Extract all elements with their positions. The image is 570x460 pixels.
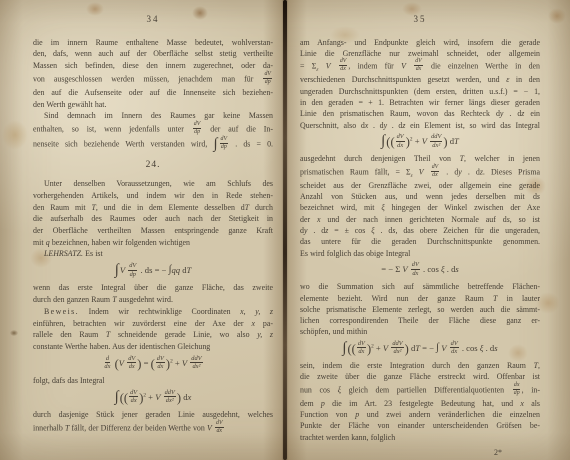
big-paren: (( — [386, 135, 394, 149]
text-line: durch den ganzen Raum T ausgedehnt wird. — [33, 294, 273, 306]
text-line: wo die Summation sich auf sämmtliche bet… — [300, 281, 540, 292]
fraction: ddVdx² — [430, 133, 442, 149]
text-line: bezeichnet wird, mit ξ hingegen der Wink… — [300, 202, 540, 213]
big-paren: ( — [151, 357, 155, 371]
text-line: nenseite sich beziehende Werth verstande… — [33, 137, 273, 152]
text-line: einführen, betrachten wir zuvörderst ein… — [33, 318, 273, 330]
fraction: dVdx — [411, 261, 420, 277]
math-variable: T — [65, 423, 69, 432]
fraction: dVdp — [220, 136, 229, 151]
text-line: Punkte der Fläche von einander untersche… — [300, 420, 540, 431]
big-paren: (( — [348, 342, 356, 356]
text-line: wenn das erste Integral über die ganze F… — [33, 282, 273, 294]
superscript: 2 — [410, 136, 413, 142]
integral-sign: ∫ — [115, 389, 119, 405]
section-heading: 24. — [33, 160, 273, 172]
math-variable: y — [500, 109, 504, 118]
text-line: von ausgeschlossen werden müssen, jenach… — [33, 72, 273, 87]
text-line: dy . dz = ± cos ξ . ds, das obere Zeiche… — [300, 225, 540, 236]
text-line: der Oberfläche vertheilten Massen entspr… — [33, 225, 273, 237]
text-line: Sind demnach im Innern des Raumes gar ke… — [33, 110, 273, 122]
math-variable: qq — [171, 265, 180, 275]
fraction: dVdp — [128, 262, 137, 278]
page-number: 35 — [300, 14, 540, 26]
book-spread-photo: 34 die im innern Raume enthaltene Masse … — [0, 0, 570, 460]
fraction: dVdp — [193, 121, 202, 136]
math-variable: V — [119, 358, 124, 368]
integral-sign: ∫ — [436, 342, 439, 353]
text-line: vorhergehenden Artikels, und indem wir d… — [33, 190, 273, 202]
math-variable: x — [317, 215, 321, 224]
text-line: prismatischen Raum fällt, = Σε V dVdx . … — [300, 165, 540, 180]
math-variable: ξ — [338, 385, 341, 394]
math-variable: V — [120, 265, 125, 275]
letterspaced-word: Beweis. — [44, 307, 79, 316]
text-line: die aufserhalb des Raumes oder auch nach… — [33, 213, 273, 225]
math-variable: s — [392, 226, 395, 235]
integral-sign: ∫ — [213, 136, 217, 152]
math-variable: V — [402, 264, 407, 274]
text-line: ungeraden Durchschnittspunkten (dem erst… — [300, 86, 540, 97]
superscript: 2 — [371, 343, 374, 349]
math-variable: ε — [506, 75, 509, 84]
math-variable: V — [326, 62, 331, 71]
math-variable: x — [365, 121, 369, 130]
formula-line: ∫V dVdp . ds = − ∫qq dT — [33, 263, 273, 279]
big-paren: ) — [405, 342, 409, 356]
text-line: dem p die im Art. 23 festgelegte Bedeutu… — [300, 398, 540, 409]
math-variable: T — [112, 295, 116, 304]
math-variable: T — [415, 343, 420, 353]
math-variable: V — [383, 343, 388, 353]
text-line: die im innern Raume enthaltene Masse bed… — [33, 37, 273, 49]
math-variable: T — [187, 265, 192, 275]
page-text-body: am Anfangs- und Endpunkte gleich wird, i… — [300, 37, 540, 443]
math-variable: x — [188, 392, 192, 402]
text-line: den auf die Aufsenseite oder auf die Inn… — [33, 87, 273, 99]
text-line: nun cos ξ gleich dem partiellen Differen… — [300, 383, 540, 398]
text-line: elemente bezieht. Wird nun der ganze Rau… — [300, 293, 540, 304]
formula-line: ddx (V dVdx) = (dVdx)2 + V ddVdx² — [33, 356, 273, 372]
math-variable: V — [155, 392, 160, 402]
text-line: = Σε V dVdx, indem für V dVdx die einzel… — [300, 59, 540, 74]
math-variable: V — [207, 423, 212, 432]
fraction: ddVdx² — [391, 340, 403, 356]
text-line: durch dasjenige Stück jener geraden Lini… — [33, 409, 273, 421]
math-variable: s — [507, 215, 510, 224]
big-paren: ) — [137, 357, 141, 371]
math-variable: V — [422, 136, 427, 146]
math-variable: LEHRSATZ. — [44, 249, 83, 258]
math-variable: z — [402, 121, 405, 130]
math-variable: ξ — [441, 264, 445, 274]
fraction: ddx — [103, 355, 111, 371]
text-line: rallele den Raum T schneidende gerade Li… — [33, 329, 273, 341]
fraction: dVdx — [396, 133, 405, 149]
math-variable: q — [46, 238, 50, 247]
text-line: Anzahl von Stücken aus, und wenn jedes d… — [300, 191, 540, 202]
page-text-body: die im innern Raume enthaltene Masse bed… — [33, 37, 273, 436]
math-variable: T — [106, 330, 110, 339]
text-line: schöpfen, und mithin — [300, 326, 540, 337]
fraction: dVdx — [129, 389, 138, 405]
math-variable: s — [494, 343, 497, 353]
fraction: ddVdx² — [190, 355, 202, 371]
fraction: dVdx — [414, 58, 423, 73]
integral-sign: ∫ — [115, 262, 119, 278]
text-line: Es wird folglich das obige Integral — [300, 248, 540, 259]
text-line: Function von p und zwei andern veränderl… — [300, 409, 540, 420]
math-variable: x, y, z — [240, 307, 273, 316]
math-variable: ξ — [381, 203, 384, 212]
big-paren: ) — [443, 135, 447, 149]
page-left: 34 die im innern Raume enthaltene Masse … — [0, 0, 285, 460]
math-variable: T — [245, 203, 249, 212]
math-variable: T — [493, 294, 497, 303]
text-line: ausgedehnt durch denjenigen Theil von T,… — [300, 153, 540, 164]
text-line: am Anfangs- und Endpunkte gleich wird, i… — [300, 37, 540, 48]
fraction: ddVdx² — [164, 389, 176, 405]
text-line: lichen correspondirenden Theile der Fläc… — [300, 315, 540, 326]
fraction: dVdx — [357, 340, 366, 356]
text-line: trachtet werden kann, folglich — [300, 432, 540, 443]
math-variable: T — [454, 136, 459, 146]
text-line: in den geraden = + 1. Betrachten wir fer… — [300, 97, 540, 108]
text-line: sein, indem die erste Integration durch … — [300, 360, 540, 371]
text-line: solche prismatische Elemente zerlegt, so… — [300, 304, 540, 315]
formula-line: ∫((dVdx)2 + V ddVdx²) dT = − ∫ V dVdx . … — [300, 341, 540, 357]
subscript: ε — [411, 173, 413, 179]
text-line: Beweis. Indem wir rechtwinklige Coordina… — [33, 306, 273, 318]
math-variable: V — [182, 358, 187, 368]
math-variable: p — [321, 399, 325, 408]
fraction: dVdx — [156, 355, 165, 371]
integral-sign: ∫ — [381, 133, 385, 149]
math-variable: z — [521, 109, 524, 118]
text-line: Querschnitt, also dx . dy . dz ein Eleme… — [300, 120, 540, 131]
text-line: verschiedenen Durchschnittspunkten geset… — [300, 74, 540, 85]
fraction: dVdx — [450, 340, 459, 356]
formula-line: = − Σ V dVdx . cos ξ . ds — [300, 262, 540, 278]
math-variable: x — [251, 319, 255, 328]
text-line: mit q bezeichnen, haben wir folgenden wi… — [33, 237, 273, 249]
superscript: 2 — [170, 358, 173, 364]
math-variable: V — [419, 167, 424, 176]
text-line: den, dafs, wenn auch auf der Oberfläche … — [33, 48, 273, 60]
math-variable: T — [91, 203, 95, 212]
big-paren: (( — [120, 391, 128, 405]
math-variable: ξ — [480, 343, 484, 353]
page-number: 34 — [33, 14, 273, 26]
math-variable: y — [304, 226, 308, 235]
fraction: dxdp — [513, 382, 521, 397]
math-variable: y — [458, 167, 462, 176]
formula-line: ∫((dVdx)2 + V ddVdx²) dT — [300, 134, 540, 150]
text-line: constante Werthe haben. Aus der identisc… — [33, 341, 273, 353]
text-line: innerhalb T fällt, der Differenz der bei… — [33, 421, 273, 436]
formula-line: ∫((dVdx)2 + V ddVdx²) dx — [33, 390, 273, 406]
math-variable: T — [460, 154, 464, 163]
math-variable: s — [455, 264, 458, 274]
fraction: dVdp — [263, 71, 272, 86]
text-line: scheidet aus der Grenzfläche zwei, oder … — [300, 180, 540, 191]
math-variable: T — [534, 361, 538, 370]
math-variable: z — [480, 167, 483, 176]
superscript: 2 — [143, 392, 146, 398]
text-line: die zweite über die ganze Fläche erstrec… — [300, 371, 540, 382]
math-variable: p — [355, 410, 359, 419]
math-variable: V — [441, 343, 446, 353]
math-variable: y — [384, 121, 388, 130]
text-line: den Raum mit T, und die in dem Elemente … — [33, 202, 273, 214]
fraction: dVdx — [431, 164, 440, 179]
math-variable: x — [520, 399, 524, 408]
math-variable: z — [325, 226, 328, 235]
page-right: 35 am Anfangs- und Endpunkte gleich wird… — [285, 0, 570, 460]
big-paren: ) — [177, 391, 181, 405]
text-line: enthalten, so ist, wenn jedenfalls unter… — [33, 122, 273, 137]
text-line: Massen sich befinden, diese den innern z… — [33, 60, 273, 72]
fraction: dVdx — [215, 420, 224, 435]
signature-mark: 2* — [300, 447, 540, 459]
text-line: das untere für die geraden Durchschnitts… — [300, 236, 540, 247]
subscript: ε — [316, 67, 318, 73]
math-variable: V — [401, 62, 406, 71]
text-line: folgt, dafs das Integral — [33, 375, 273, 387]
fraction: dVdx — [339, 58, 348, 73]
fraction: dVdx — [127, 355, 136, 371]
text-line: Unter denselben Voraussetzungen, wie am … — [33, 178, 273, 190]
text-line: den Werth gewählt hat. — [33, 99, 273, 111]
math-variable: s — [537, 192, 540, 201]
integral-sign: ∫ — [342, 340, 346, 356]
text-line: der x und der nach innen gerichteten Nor… — [300, 214, 540, 225]
math-variable: ξ — [371, 226, 374, 235]
math-variable: y, z — [257, 330, 273, 339]
text-line: LEHRSATZ. Es ist — [33, 248, 273, 260]
text-line: Linie den prismatischen Raum, wovon das … — [300, 108, 540, 119]
